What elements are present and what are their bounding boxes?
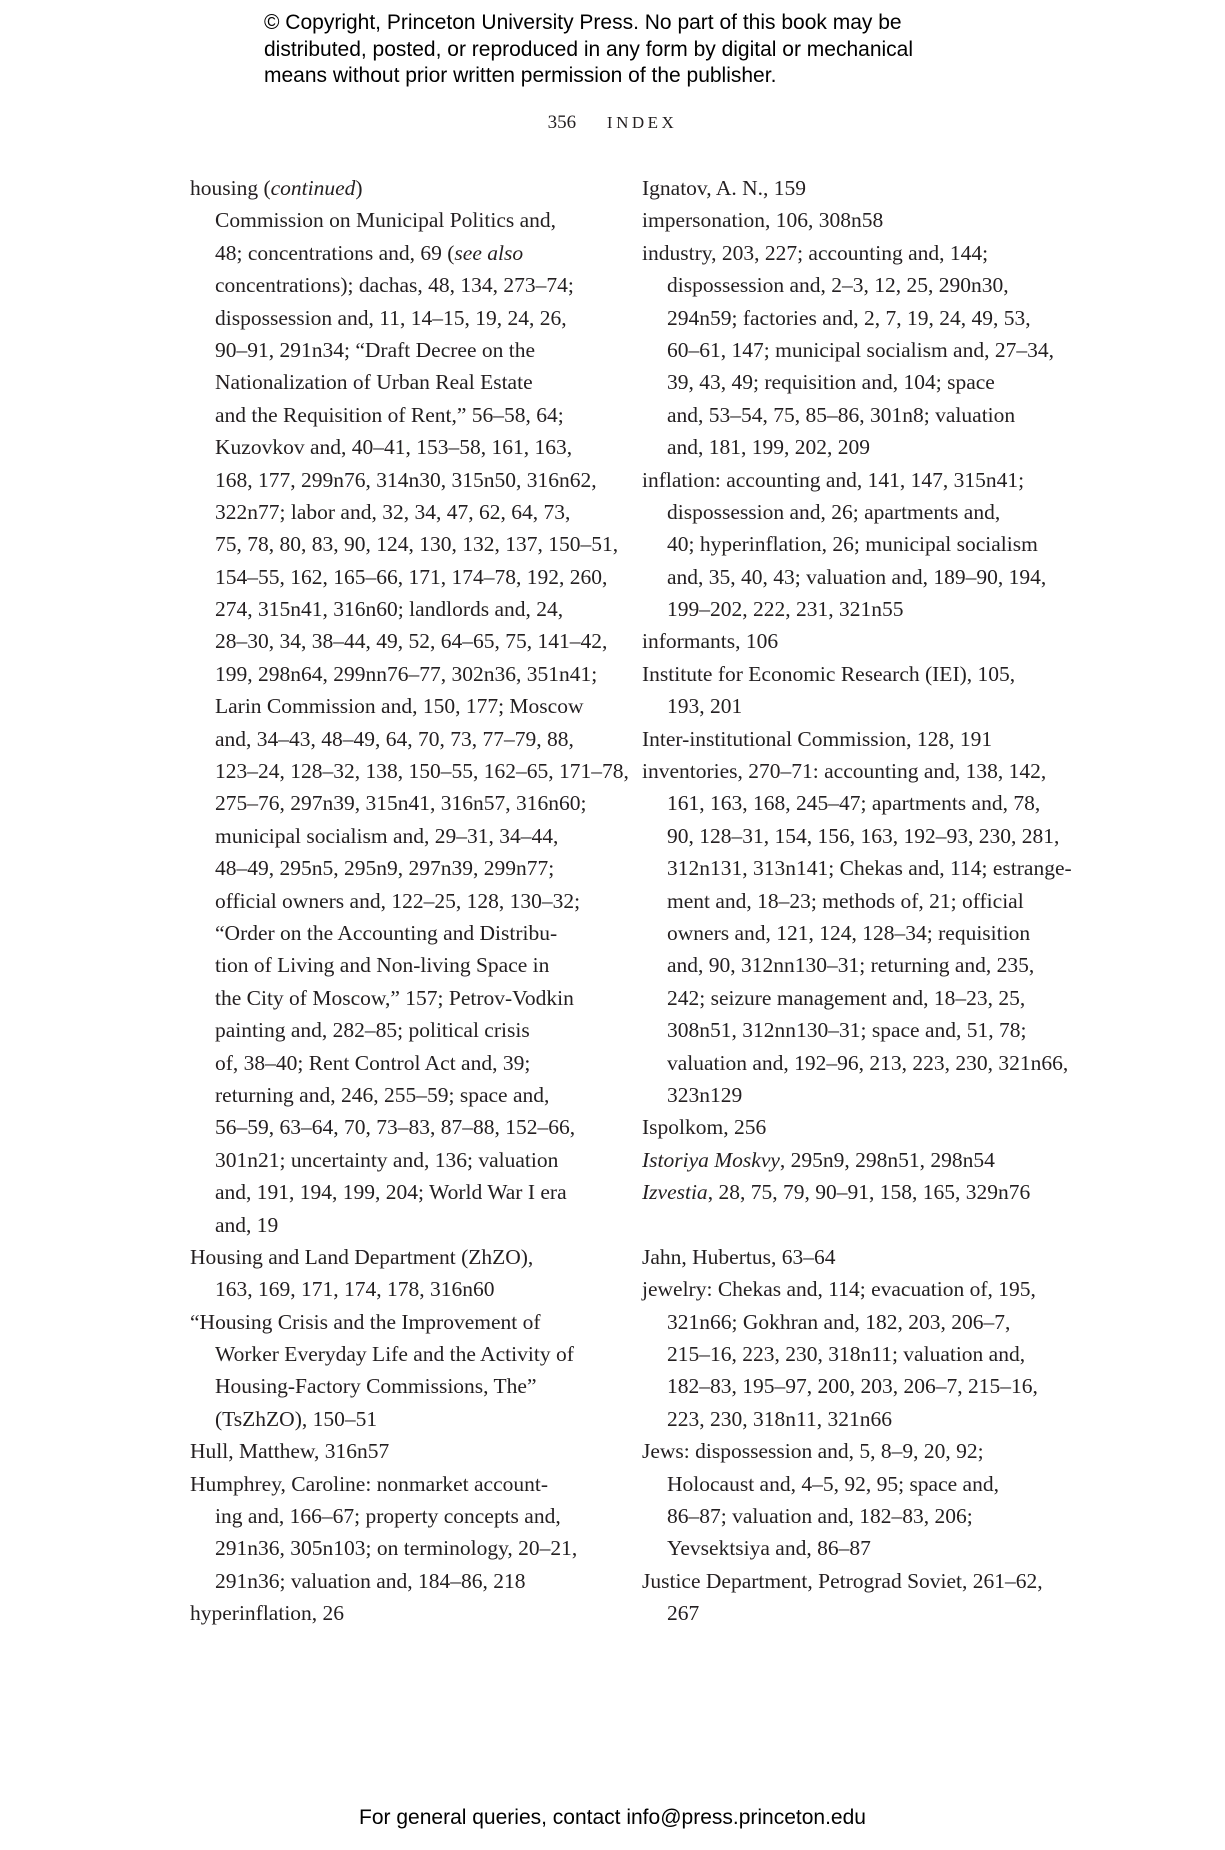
- index-entry: Hull, Matthew, 316n57: [190, 1435, 610, 1467]
- index-entry: informants, 106: [642, 625, 1062, 657]
- entry-heading: informants, 106: [642, 625, 1062, 657]
- entry-subline: official owners and, 122–25, 128, 130–32…: [190, 885, 610, 917]
- index-entry: Istoriya Moskvy, 295n9, 298n51, 298n54: [642, 1144, 1062, 1176]
- index-entry: Inter-institutional Commission, 128, 191: [642, 723, 1062, 755]
- entry-subline: and, 191, 194, 199, 204; World War I era: [190, 1176, 610, 1208]
- entry-subline: 322n77; labor and, 32, 34, 47, 62, 64, 7…: [190, 496, 610, 528]
- index-entry: impersonation, 106, 308n58: [642, 204, 1062, 236]
- entry-subline: 86–87; valuation and, 182–83, 206;: [642, 1500, 1062, 1532]
- entry-subline: 75, 78, 80, 83, 90, 124, 130, 132, 137, …: [190, 528, 610, 560]
- copyright-line: © Copyright, Princeton University Press.…: [264, 10, 984, 37]
- entry-subline: 199–202, 222, 231, 321n55: [642, 593, 1062, 625]
- entry-subline: valuation and, 192–96, 213, 223, 230, 32…: [642, 1047, 1062, 1079]
- entry-subline: and, 34–43, 48–49, 64, 70, 73, 77–79, 88…: [190, 723, 610, 755]
- index-entry: Ispolkom, 256: [642, 1111, 1062, 1143]
- entry-subline: Commission on Municipal Politics and,: [190, 204, 610, 236]
- index-entry: Institute for Economic Research (IEI), 1…: [642, 658, 1062, 723]
- entry-subline: 193, 201: [642, 690, 1062, 722]
- entry-subline: owners and, 121, 124, 128–34; requisitio…: [642, 917, 1062, 949]
- entry-subline: 321n66; Gokhran and, 182, 203, 206–7,: [642, 1306, 1062, 1338]
- entry-heading: inflation: accounting and, 141, 147, 315…: [642, 464, 1062, 496]
- entry-subline: 223, 230, 318n11, 321n66: [642, 1403, 1062, 1435]
- entry-subline: and, 90, 312nn130–31; returning and, 235…: [642, 949, 1062, 981]
- running-head: 356 INDEX: [0, 112, 1225, 134]
- entry-subline: of, 38–40; Rent Control Act and, 39;: [190, 1047, 610, 1079]
- entry-subline: 294n59; factories and, 2, 7, 19, 24, 49,…: [642, 302, 1062, 334]
- index-entry: Jews: dispossession and, 5, 8–9, 20, 92;…: [642, 1435, 1062, 1565]
- entry-subline: 291n36; valuation and, 184–86, 218: [190, 1565, 610, 1597]
- entry-subline: 154–55, 162, 165–66, 171, 174–78, 192, 2…: [190, 561, 610, 593]
- entry-subline: 90–91, 291n34; “Draft Decree on the: [190, 334, 610, 366]
- index-entry: jewelry: Chekas and, 114; evacuation of,…: [642, 1273, 1062, 1435]
- entry-subline: Holocaust and, 4–5, 92, 95; space and,: [642, 1468, 1062, 1500]
- index-entry: Justice Department, Petrograd Soviet, 26…: [642, 1565, 1062, 1630]
- entry-subline: 28–30, 34, 38–44, 49, 52, 64–65, 75, 141…: [190, 625, 610, 657]
- entry-subline: Yevsektsiya and, 86–87: [642, 1532, 1062, 1564]
- entry-subline: ing and, 166–67; property concepts and,: [190, 1500, 610, 1532]
- index-column-right: Ignatov, A. N., 159 impersonation, 106, …: [642, 172, 1062, 1630]
- entry-subline: concentrations); dachas, 48, 134, 273–74…: [190, 269, 610, 301]
- entry-subline: Larin Commission and, 150, 177; Moscow: [190, 690, 610, 722]
- entry-heading: Institute for Economic Research (IEI), 1…: [642, 658, 1062, 690]
- entry-subline: (TsZhZO), 150–51: [190, 1403, 610, 1435]
- index-entry: Housing and Land Department (ZhZO), 163,…: [190, 1241, 610, 1306]
- entry-subline: 60–61, 147; municipal socialism and, 27–…: [642, 334, 1062, 366]
- entry-heading: Hull, Matthew, 316n57: [190, 1435, 610, 1467]
- entry-heading: hyperinflation, 26: [190, 1597, 610, 1629]
- index-entry: industry, 203, 227; accounting and, 144;…: [642, 237, 1062, 464]
- entry-heading: impersonation, 106, 308n58: [642, 204, 1062, 236]
- entry-subline: and, 181, 199, 202, 209: [642, 431, 1062, 463]
- entry-subline: 163, 169, 171, 174, 178, 316n60: [190, 1273, 610, 1305]
- entry-heading: Housing and Land Department (ZhZO),: [190, 1241, 610, 1273]
- index-entry: Izvestia, 28, 75, 79, 90–91, 158, 165, 3…: [642, 1176, 1062, 1208]
- entry-subline: tion of Living and Non-living Space in: [190, 949, 610, 981]
- entry-subline: Nationalization of Urban Real Estate: [190, 366, 610, 398]
- entry-heading: housing (continued): [190, 172, 610, 204]
- entry-subline: 323n129: [642, 1079, 1062, 1111]
- footer-contact: For general queries, contact info@press.…: [0, 1806, 1225, 1830]
- entry-subline: and, 19: [190, 1209, 610, 1241]
- entry-subline: 199, 298n64, 299nn76–77, 302n36, 351n41;: [190, 658, 610, 690]
- entry-subline: the City of Moscow,” 157; Petrov-Vodkin: [190, 982, 610, 1014]
- entry-subline: and, 35, 40, 43; valuation and, 189–90, …: [642, 561, 1062, 593]
- letter-group-spacer: [642, 1209, 1062, 1241]
- index-entry: “Housing Crisis and the Improvement of W…: [190, 1306, 610, 1436]
- entry-heading: Jahn, Hubertus, 63–64: [642, 1241, 1062, 1273]
- index-entry: Humphrey, Caroline: nonmarket account- i…: [190, 1468, 610, 1598]
- entry-heading: Jews: dispossession and, 5, 8–9, 20, 92;: [642, 1435, 1062, 1467]
- entry-heading: Izvestia, 28, 75, 79, 90–91, 158, 165, 3…: [642, 1176, 1062, 1208]
- entry-subline: and the Requisition of Rent,” 56–58, 64;: [190, 399, 610, 431]
- page-number: 356: [548, 112, 577, 133]
- entry-subline: 242; seizure management and, 18–23, 25,: [642, 982, 1062, 1014]
- index-entry: inflation: accounting and, 141, 147, 315…: [642, 464, 1062, 626]
- entry-subline: 312n131, 313n141; Chekas and, 114; estra…: [642, 852, 1062, 884]
- index-column-left: housing (continued) Commission on Munici…: [190, 172, 610, 1630]
- entry-subline: 48; concentrations and, 69 (see also: [190, 237, 610, 269]
- entry-heading: “Housing Crisis and the Improvement of: [190, 1306, 610, 1338]
- entry-heading: Justice Department, Petrograd Soviet, 26…: [642, 1565, 1062, 1597]
- entry-subline: Kuzovkov and, 40–41, 153–58, 161, 163,: [190, 431, 610, 463]
- entry-subline: 48–49, 295n5, 295n9, 297n39, 299n77;: [190, 852, 610, 884]
- entry-heading: Humphrey, Caroline: nonmarket account-: [190, 1468, 610, 1500]
- entry-subline: Worker Everyday Life and the Activity of: [190, 1338, 610, 1370]
- entry-subline: dispossession and, 11, 14–15, 19, 24, 26…: [190, 302, 610, 334]
- entry-subline: 275–76, 297n39, 315n41, 316n57, 316n60;: [190, 787, 610, 819]
- entry-subline: 123–24, 128–32, 138, 150–55, 162–65, 171…: [190, 755, 610, 787]
- entry-heading: inventories, 270–71: accounting and, 138…: [642, 755, 1062, 787]
- entry-subline: 267: [642, 1597, 1062, 1629]
- entry-subline: municipal socialism and, 29–31, 34–44,: [190, 820, 610, 852]
- index-entry: hyperinflation, 26: [190, 1597, 610, 1629]
- entry-subline: 40; hyperinflation, 26; municipal social…: [642, 528, 1062, 560]
- entry-subline: 161, 163, 168, 245–47; apartments and, 7…: [642, 787, 1062, 819]
- copyright-line: means without prior written permission o…: [264, 63, 984, 90]
- copyright-notice: © Copyright, Princeton University Press.…: [264, 10, 984, 90]
- index-entry: Ignatov, A. N., 159: [642, 172, 1062, 204]
- entry-subline: 182–83, 195–97, 200, 203, 206–7, 215–16,: [642, 1370, 1062, 1402]
- entry-subline: 274, 315n41, 316n60; landlords and, 24,: [190, 593, 610, 625]
- entry-heading: Istoriya Moskvy, 295n9, 298n51, 298n54: [642, 1144, 1062, 1176]
- entry-subline: 301n21; uncertainty and, 136; valuation: [190, 1144, 610, 1176]
- entry-subline: 90, 128–31, 154, 156, 163, 192–93, 230, …: [642, 820, 1062, 852]
- entry-subline: “Order on the Accounting and Distribu-: [190, 917, 610, 949]
- section-title: INDEX: [607, 113, 677, 132]
- entry-subline: 291n36, 305n103; on terminology, 20–21,: [190, 1532, 610, 1564]
- entry-subline: dispossession and, 26; apartments and,: [642, 496, 1062, 528]
- entry-subline: 168, 177, 299n76, 314n30, 315n50, 316n62…: [190, 464, 610, 496]
- index-entry-housing: housing (continued) Commission on Munici…: [190, 172, 610, 1241]
- entry-heading: Ignatov, A. N., 159: [642, 172, 1062, 204]
- entry-subline: 215–16, 223, 230, 318n11; valuation and,: [642, 1338, 1062, 1370]
- entry-subline: 308n51, 312nn130–31; space and, 51, 78;: [642, 1014, 1062, 1046]
- index-entry: Jahn, Hubertus, 63–64: [642, 1241, 1062, 1273]
- entry-heading: Inter-institutional Commission, 128, 191: [642, 723, 1062, 755]
- entry-subline: painting and, 282–85; political crisis: [190, 1014, 610, 1046]
- entry-heading: industry, 203, 227; accounting and, 144;: [642, 237, 1062, 269]
- entry-subline: dispossession and, 2–3, 12, 25, 290n30,: [642, 269, 1062, 301]
- index-entry: inventories, 270–71: accounting and, 138…: [642, 755, 1062, 1111]
- entry-subline: returning and, 246, 255–59; space and,: [190, 1079, 610, 1111]
- entry-subline: 39, 43, 49; requisition and, 104; space: [642, 366, 1062, 398]
- entry-subline: Housing-Factory Commissions, The”: [190, 1370, 610, 1402]
- entry-heading: jewelry: Chekas and, 114; evacuation of,…: [642, 1273, 1062, 1305]
- entry-subline: ment and, 18–23; methods of, 21; officia…: [642, 885, 1062, 917]
- entry-subline: and, 53–54, 75, 85–86, 301n8; valuation: [642, 399, 1062, 431]
- entry-heading: Ispolkom, 256: [642, 1111, 1062, 1143]
- entry-subline: 56–59, 63–64, 70, 73–83, 87–88, 152–66,: [190, 1111, 610, 1143]
- copyright-line: distributed, posted, or reproduced in an…: [264, 37, 984, 64]
